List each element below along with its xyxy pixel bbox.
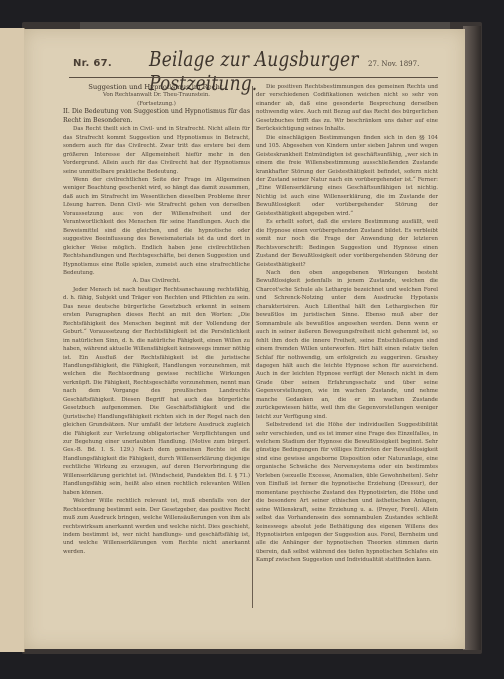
paragraph: Die einschlägigen Bestimmungen finden si… — [256, 134, 438, 219]
header-rule — [69, 77, 438, 78]
subsection-heading: A. Das Civilrecht. — [63, 277, 250, 285]
paragraph: Nach den oben angegebenen Wirkungen best… — [256, 269, 438, 421]
paragraph: Jeder Mensch ist nach heutiger Rechtsans… — [63, 286, 250, 497]
issue-date: 27. Nov. 1897. — [368, 60, 419, 68]
issue-number: Nr. 67. — [73, 58, 112, 69]
paragraph: Es erhellt sofort, daß die erstere Besti… — [256, 218, 438, 269]
right-column: Die positiven Rechtsbestimmungen des gem… — [256, 83, 438, 565]
paragraph: Wenn der civilrechtlichen Seite der Frag… — [63, 176, 250, 277]
article-title: Suggestion und Hypnotismus im Recht. — [63, 83, 250, 91]
book-spine-edge — [463, 26, 481, 650]
page-header: Nr. 67. Beilage zur Augsburger Postzeitu… — [48, 48, 440, 76]
paragraph: Die positiven Rechtsbestimmungen des gem… — [256, 83, 438, 134]
left-column: Suggestion und Hypnotismus im Recht. Von… — [63, 83, 250, 556]
paragraph: Das Recht theilt sich in Civil- und in S… — [63, 125, 250, 176]
section-heading: II. Die Bedeutung von Suggestion und Hyp… — [63, 108, 250, 125]
previous-page-edge — [0, 28, 25, 652]
article-continuation: (Fortsetzung.) — [63, 100, 250, 108]
article-author: Von Rechtsanwalt Dr. Theu-Traunstein. — [63, 91, 250, 99]
paragraph: Selbstredend ist die Höhe der individuel… — [256, 421, 438, 565]
book-top-edge — [80, 22, 450, 29]
paragraph: Welcher Wille rechtlich relevant ist, mu… — [63, 497, 250, 556]
column-divider — [252, 86, 253, 608]
